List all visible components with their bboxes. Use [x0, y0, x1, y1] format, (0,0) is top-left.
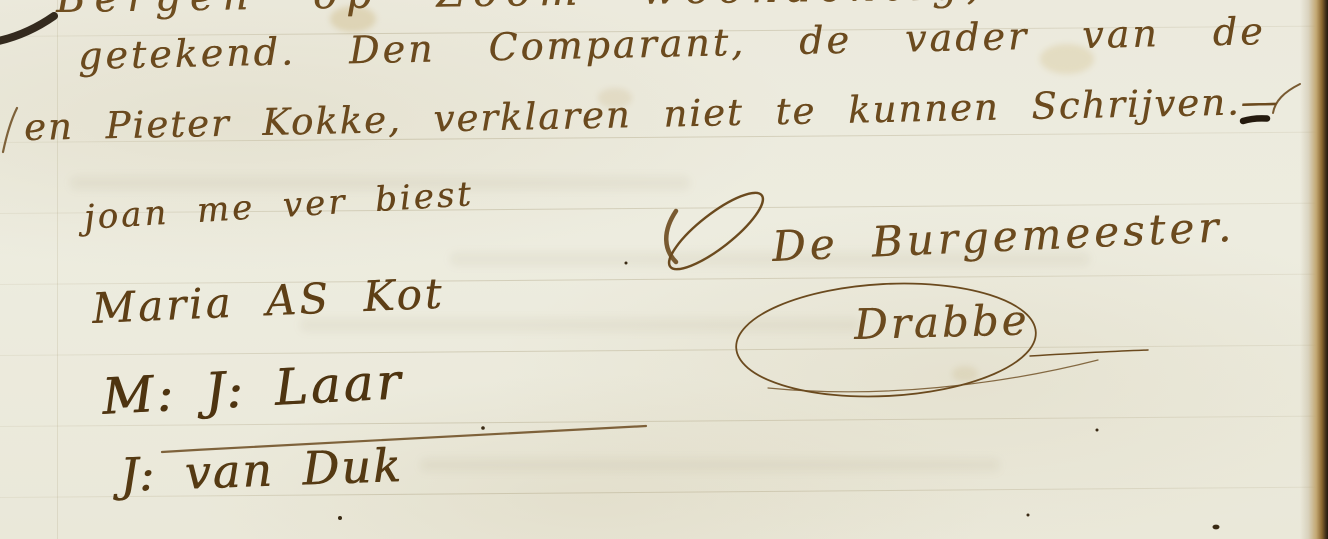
signature-drabbe: Drabbe	[853, 295, 1030, 349]
feint-rule	[0, 345, 1318, 356]
ink-speck	[481, 426, 485, 430]
ink-speck	[338, 516, 342, 520]
drabbe-paraph-tail	[1030, 350, 1148, 356]
margin-stroke-left	[3, 108, 17, 152]
bleedthrough-smudge	[420, 458, 1000, 472]
ink-speck	[1027, 514, 1030, 517]
feint-margin-rule	[57, 0, 58, 539]
ink-speck	[1213, 525, 1220, 530]
official-title-burgemeester: De Burgemeester.	[771, 202, 1236, 271]
drabbe-paraph-underline	[768, 360, 1098, 392]
paper-stain	[952, 366, 978, 382]
signature-m-laar: M: J: Laar	[100, 352, 404, 426]
page-edge	[1300, 0, 1328, 539]
body-line-pieter-kokke: en Pieter Kokke, verklaren niet te kunne…	[24, 80, 1281, 149]
signature-j-van-duk: J: van Duk	[119, 438, 403, 502]
ink-speck	[1096, 429, 1099, 432]
register-page-scan: Bergen op Zoom woonachtig, … getekend. D…	[0, 0, 1328, 539]
heavy-ink-stroke-top-left	[0, 16, 54, 42]
